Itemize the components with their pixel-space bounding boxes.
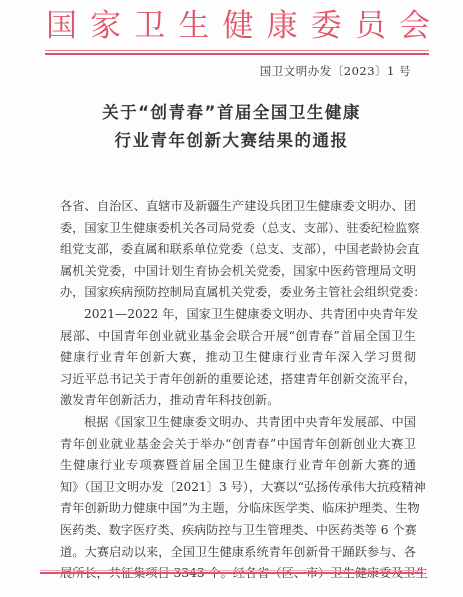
body-line: 激发青年创新活力，推动青年科技创新。 — [60, 390, 416, 412]
org-char: 生 — [178, 8, 209, 44]
org-char: 卫 — [134, 8, 165, 44]
org-char: 康 — [267, 8, 298, 44]
body-line: 生健康行业专项赛暨首届全国卫生健康行业青年创新大赛的通 — [60, 455, 416, 477]
body-line: 委，国家卫生健康委机关各司局党委（总支、支部）、驻委纪检监察 — [60, 218, 416, 240]
document-title: 关于“创青春”首届全国卫生健康 行业青年创新大赛结果的通报 — [0, 99, 463, 155]
body-line: 办，国家疾病预防控制局直属机关党委，委业务主管社会组织党委： — [60, 282, 416, 304]
issuing-organization-header: 国 家 卫 生 健 康 委 员 会 — [46, 8, 430, 44]
org-char: 健 — [223, 8, 254, 44]
org-char: 家 — [90, 8, 121, 44]
document-number: 国卫文明办发〔2023〕1 号 — [260, 63, 411, 79]
footer-divider-thin — [40, 570, 423, 571]
footer-divider-thick — [40, 572, 423, 574]
body-line: 2021—2022 年，国家卫生健康委文明办、共青团中央青年发 — [60, 304, 416, 326]
body-line: 习近平总书记关于青年创新的重要论述，搭建青年创新交流平台， — [60, 369, 416, 391]
org-char: 会 — [399, 8, 430, 44]
body-line: 健康行业青年创新大赛，推动卫生健康行业青年深入学习贯彻 — [60, 347, 416, 369]
body-line: 青年创业就业基金会关于举办“创青春”中国青年创新创业大赛卫 — [60, 434, 416, 456]
body-line: 根据《国家卫生健康委文明办、共青团中央青年发展部、中国 — [60, 412, 416, 434]
body-line: 属机关党委，中国计划生育协会机关党委，国家中医药管理局文明 — [60, 261, 416, 283]
body-line: 医药类、数字医疗类、疾病防控与卫生管理类、中医药类等 6 个赛 — [60, 520, 416, 542]
body-line: 道。大赛启动以来，全国卫生健康系统青年创新骨干踊跃参与、各 — [60, 542, 416, 564]
header-divider-thin — [45, 50, 429, 51]
title-line-2: 行业青年创新大赛结果的通报 — [0, 127, 463, 155]
document-body: 各省、自治区、直辖市及新疆生产建设兵团卫生健康委文明办、团 委，国家卫生健康委机… — [60, 196, 416, 585]
title-line-1: 关于“创青春”首届全国卫生健康 — [0, 99, 463, 127]
header-divider-thick — [45, 53, 429, 55]
org-char: 员 — [355, 8, 386, 44]
body-line: 组党支部，委直属和联系单位党委（总支、支部），中国老龄协会直 — [60, 239, 416, 261]
body-line: 各省、自治区、直辖市及新疆生产建设兵团卫生健康委文明办、团 — [60, 196, 416, 218]
body-line: 知》（国卫文明办发〔2021〕3 号），大赛以“弘扬传承伟大抗疫精神 — [60, 477, 416, 499]
org-char: 委 — [311, 8, 342, 44]
org-char: 国 — [46, 8, 77, 44]
body-line: 展部、中国青年创业就业基金会联合开展“创青春”首届全国卫生 — [60, 326, 416, 348]
body-line: 青年创新助力健康中国”为主题，分临床医学类、临床护理类、生物 — [60, 498, 416, 520]
